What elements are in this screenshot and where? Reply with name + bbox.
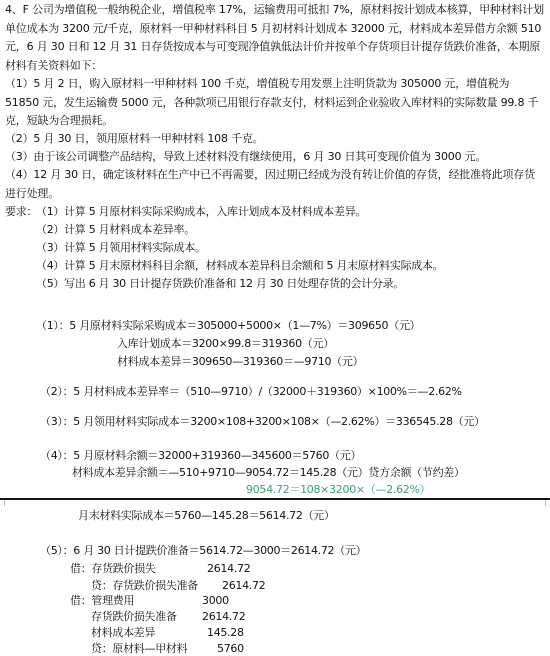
requirement-1: （1）计算 5 月原材料实际采购成本，入库计划成本及材料成本差异。 xyxy=(36,204,366,219)
page-corner-mark-right xyxy=(545,500,546,506)
answer-2-variance-rate: （2）：5 月材料成本差异率＝（510—9710）/（32000＋319360）… xyxy=(40,384,462,399)
page-divider xyxy=(0,498,550,500)
entry-label: 存货跌价损失准备 xyxy=(91,609,177,624)
answer-4-month-end-cost: 月末材料实际成本＝5760—145.28＝5614.72（元） xyxy=(78,508,335,523)
answer-4-variance-balance: 材料成本差异余额＝—510+9710—9054.72＝145.28（元）贷方余额… xyxy=(72,465,465,480)
problem-item-4: （4）12 月 30 日，确定该材料在生产中已不再需要，因过期已经成为没有转让价… xyxy=(5,166,545,203)
entry-label: 借：存货跌价损失 xyxy=(70,561,156,576)
problem-item-1: （1）5 月 2 日，购入原材料一甲种材料 100 千克，增值税专用发票上注明货… xyxy=(5,75,545,131)
answer-1-planned-cost: 入库计划成本＝3200×99.8＝319360（元） xyxy=(117,336,334,351)
entry-amount: 2614.72 xyxy=(207,561,250,576)
entry-label: 借：管理费用 xyxy=(70,593,134,608)
answer-5-title: （5）：6 月 30 日计提跌价准备＝5614.72—3000＝2614.72（… xyxy=(40,543,366,558)
problem-intro: 4、F 公司为增值税一般纳税企业，增值税率 17%，运输费用可抵扣 7%，原材料… xyxy=(5,1,545,75)
entry-label: 贷：原材料—甲材料 xyxy=(91,641,187,656)
requirement-3: （3）计算 5 月领用材料实际成本。 xyxy=(36,240,206,255)
requirements-label: 要求： xyxy=(5,204,37,219)
problem-item-3: （3）由于该公司调整产品结构，导致上述材料没有继续使用，6 月 30 日其可变现… xyxy=(5,148,545,167)
page-corner-mark-left xyxy=(4,500,5,506)
requirement-4: （4）计算 5 月末原材料科目余额，材料成本差异科目余额和 5 月末原材料实际成… xyxy=(36,258,443,273)
entry-amount: 3000 xyxy=(202,593,229,608)
entry-amount: 2614.72 xyxy=(202,609,245,624)
entry-label: 贷：存货跌价损失准备 xyxy=(91,578,198,593)
entry-amount: 5760 xyxy=(217,641,244,656)
entry-amount: 2614.72 xyxy=(222,578,265,593)
problem-item-2: （2）5 月 30 日，领用原材料一甲种材料 108 千克。 xyxy=(5,130,545,149)
entry-label: 材料成本差异 xyxy=(91,625,155,640)
answer-4-balance: （4）：5 月原材料余额＝32000+319360—345600＝5760（元） xyxy=(40,448,361,463)
answer-1-variance: 材料成本差异＝309650—319360＝—9710（元） xyxy=(117,354,363,369)
entry-amount: 145.28 xyxy=(207,625,244,640)
requirement-5: （5）写出 6 月 30 日计提存货跌价准备和 12 月 30 日处理存货的会计… xyxy=(36,276,404,291)
answer-3-issued-cost: （3）：5 月领用材料实际成本＝3200×108+3200×108×（—2.62… xyxy=(40,414,485,429)
requirement-2: （2）计算 5 月材料成本差异率。 xyxy=(36,222,195,237)
answer-4-note: 9054.72＝108×3200×（—2.62%） xyxy=(246,482,430,497)
answer-1-actual-cost: （1）：5 月原材料实际采购成本＝305000+5000×（1—7%）＝3096… xyxy=(36,318,420,333)
